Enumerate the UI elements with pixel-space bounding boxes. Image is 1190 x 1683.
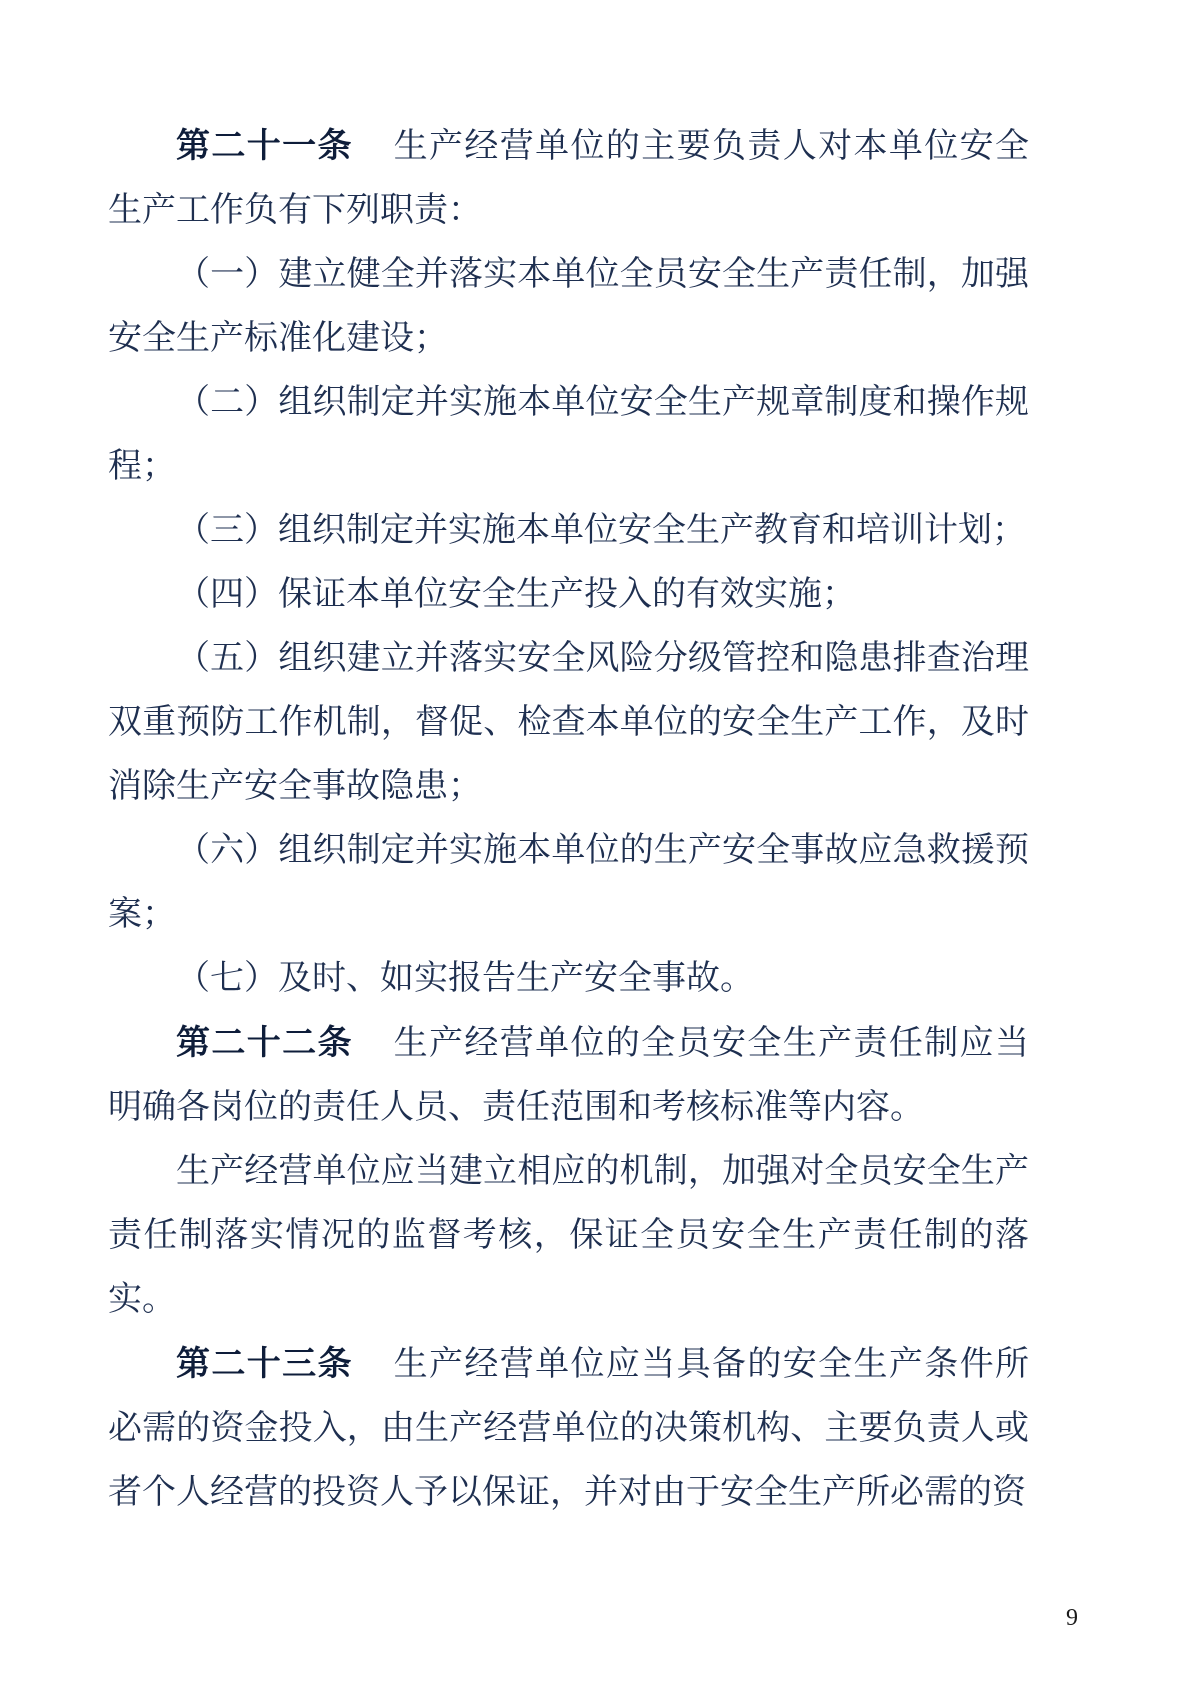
list-item-paragraph: （六）组织制定并实施本单位的生产安全事故应急救援预案； bbox=[108, 819, 1029, 947]
paragraph-text: （二）组织制定并实施本单位安全生产规章制度和操作规程； bbox=[108, 384, 1029, 485]
paragraph-text: （四）保证本单位安全生产投入的有效实施； bbox=[176, 576, 856, 613]
article-paragraph: 第二十一条生产经营单位的主要负责人对本单位安全生产工作负有下列职责： bbox=[108, 114, 1029, 243]
article-paragraph: 第二十三条生产经营单位应当具备的安全生产条件所必需的资金投入，由生产经营单位的决… bbox=[108, 1332, 1029, 1525]
document-body: 第二十一条生产经营单位的主要负责人对本单位安全生产工作负有下列职责： （一）建立… bbox=[108, 114, 1029, 1525]
list-item-paragraph: （二）组织制定并实施本单位安全生产规章制度和操作规程； bbox=[108, 371, 1029, 499]
list-item-paragraph: （四）保证本单位安全生产投入的有效实施； bbox=[108, 563, 1029, 627]
paragraph-text: （六）组织制定并实施本单位的生产安全事故应急救援预案； bbox=[108, 832, 1029, 933]
paragraph-text: （三）组织制定并实施本单位安全生产教育和培训计划； bbox=[176, 512, 1026, 549]
list-item-paragraph: （五）组织建立并落实安全风险分级管控和隐患排查治理双重预防工作机制，督促、检查本… bbox=[108, 627, 1029, 819]
article-number: 第二十二条 bbox=[176, 1024, 353, 1062]
body-paragraph: 生产经营单位应当建立相应的机制，加强对全员安全生产责任制落实情况的监督考核，保证… bbox=[108, 1140, 1029, 1332]
article-number: 第二十三条 bbox=[176, 1345, 353, 1383]
article-paragraph: 第二十二条生产经营单位的全员安全生产责任制应当明确各岗位的责任人员、责任范围和考… bbox=[108, 1011, 1029, 1140]
paragraph-text: 生产经营单位应当建立相应的机制，加强对全员安全生产责任制落实情况的监督考核，保证… bbox=[108, 1153, 1029, 1318]
page-number: 9 bbox=[1066, 1605, 1078, 1631]
list-item-paragraph: （三）组织制定并实施本单位安全生产教育和培训计划； bbox=[108, 499, 1029, 563]
paragraph-text: （五）组织建立并落实安全风险分级管控和隐患排查治理双重预防工作机制，督促、检查本… bbox=[108, 640, 1029, 805]
paragraph-text: （一）建立健全并落实本单位全员安全生产责任制，加强安全生产标准化建设； bbox=[108, 256, 1029, 357]
page-footer: 9 bbox=[0, 1604, 1190, 1632]
list-item-paragraph: （七）及时、如实报告生产安全事故。 bbox=[108, 947, 1029, 1011]
document-page: 第二十一条生产经营单位的主要负责人对本单位安全生产工作负有下列职责： （一）建立… bbox=[0, 0, 1190, 1683]
list-item-paragraph: （一）建立健全并落实本单位全员安全生产责任制，加强安全生产标准化建设； bbox=[108, 243, 1029, 371]
paragraph-text: （七）及时、如实报告生产安全事故。 bbox=[176, 960, 754, 997]
article-number: 第二十一条 bbox=[176, 127, 353, 165]
